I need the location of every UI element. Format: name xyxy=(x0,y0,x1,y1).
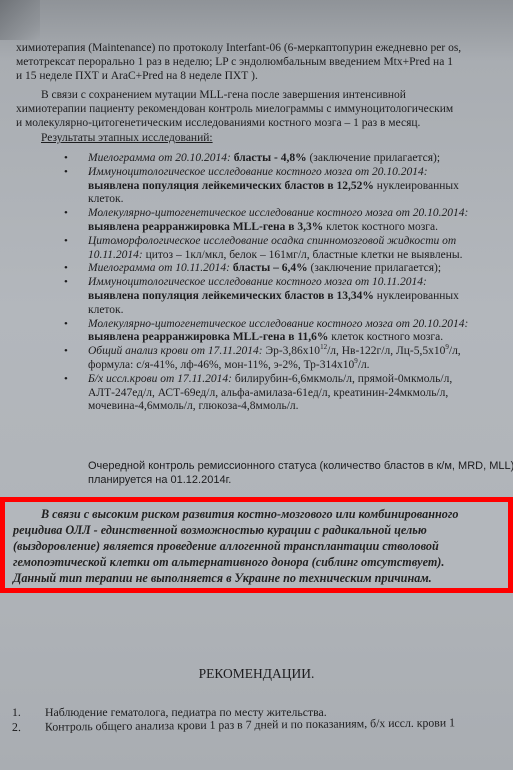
mutation-line-1: В связи с сохранением мутации MLL-гена п… xyxy=(41,88,406,102)
biochem-line-2: АЛТ-247ед/л, АСТ-69ед/л, альфа-амилаза-6… xyxy=(88,387,448,399)
blood-er-exp: 12 xyxy=(320,343,327,351)
result-note: (заключение прилагается); xyxy=(308,262,441,274)
result-value: бласты – 6,4% xyxy=(230,262,308,274)
result-note: клеток костного мозга. xyxy=(328,331,443,343)
mutation-line-2: химиотерапии пациенту рекомендован контр… xyxy=(16,102,453,116)
blood-er: Эр-3,86x10 xyxy=(263,345,320,357)
result-value: выявлена реарранжировка MLL-гена в 3,3% xyxy=(88,221,323,233)
intro-line-1: химиотерапия (Maintenance) по протоколу … xyxy=(16,41,461,55)
result-note: цитоз – 1кл/мкл, белок – 161мг/л, бластн… xyxy=(143,249,463,261)
result-label: Молекулярно-цитогенетическое исследовани… xyxy=(88,207,468,219)
blood-label: Общий анализ крови от 17.11.2014: xyxy=(88,345,263,357)
results-heading-text: Результаты этапных исследований: xyxy=(41,132,213,144)
result-value: выявлена реарранжировка MLL-гена в 11,6% xyxy=(88,331,328,343)
result-item: Цитоморфологическое исследование осадка … xyxy=(60,235,508,263)
biochem-line-1: билирубин-6,6мкмоль/л, прямой-0мкмоль/л, xyxy=(232,373,452,385)
intro-line-3: и 15 неделе ПХТ и AraC+Pred на 8 неделе … xyxy=(16,69,258,83)
result-value: выявлена популяция лейкемических бластов… xyxy=(88,180,374,192)
next-control-line-2: планируется на 01.12.2014г. xyxy=(88,473,231,487)
result-note: клеток костного мозга. xyxy=(323,221,438,233)
highlight-line-4: гемопоэтической клетки от альтернативног… xyxy=(13,554,503,570)
highlight-line-2: рецидива ОЛЛ - единственной возможностью… xyxy=(13,522,503,538)
document-page: химиотерапия (Maintenance) по протоколу … xyxy=(0,0,513,770)
result-value: выявлена популяция лейкемических бластов… xyxy=(88,290,374,302)
result-item: Молекулярно-цитогенетическое исследовани… xyxy=(60,207,508,235)
highlight-line-5: Данный тип терапии не выполняется в Укра… xyxy=(13,570,503,586)
highlight-box: В связи с высоким риском развития костно… xyxy=(0,497,513,593)
blood-hb-lc: /л, Нв-122г/л, Лц-5,5x10 xyxy=(327,345,445,357)
result-item: Миелограмма от 20.10.2014: бласты - 4,8%… xyxy=(60,152,510,166)
result-value: бласты - 4,8% xyxy=(231,152,307,164)
result-label: Молекулярно-цитогенетическое исследовани… xyxy=(88,318,468,330)
intro-line-2: метотрексат перорально 1 раз в неделю; L… xyxy=(16,55,453,69)
result-item: Миелограмма от 10.11.2014: бласты – 6,4%… xyxy=(60,262,510,276)
highlight-text: В связи с высоким риском развития костно… xyxy=(13,506,503,586)
result-note: (заключение прилагается); xyxy=(307,152,440,164)
result-label: Миелограмма от 20.10.2014: xyxy=(88,152,231,164)
mutation-line-3: и молекулярно-цитогенетическим исследова… xyxy=(16,116,420,130)
recommendation-number: 1. xyxy=(12,705,45,719)
recommendation-text: Контроль общего анализа крови 1 раз в 7 … xyxy=(45,715,455,733)
next-control-line-1: Очередной контроль ремиссионного статуса… xyxy=(88,459,513,473)
blood-test-item: Общий анализ крови от 17.11.2014: Эр-3,8… xyxy=(60,345,510,373)
biochem-label: Б/х иссл.крови от 17.11.2014: xyxy=(88,373,232,385)
blood-formula: формула: с/я-41%, лф-46%, мон-11%, э-2%,… xyxy=(88,359,354,371)
results-list: Миелограмма от 20.10.2014: бласты - 4,8%… xyxy=(60,152,510,414)
result-item: Иммуноцитологическое исследование костно… xyxy=(60,276,488,317)
result-item: Иммуноцитологическое исследование костно… xyxy=(60,166,488,207)
recommendations-title: РЕКОМЕНДАЦИИ. xyxy=(0,666,513,682)
result-label: Миелограмма от 10.11.2014: xyxy=(88,262,230,274)
result-label: Иммуноцитологическое исследование костно… xyxy=(88,276,427,288)
result-label: Иммуноцитологическое исследование костно… xyxy=(88,166,428,178)
blood-end: /л, xyxy=(449,345,461,357)
biochem-item: Б/х иссл.крови от 17.11.2014: билирубин-… xyxy=(60,373,510,414)
recommendation-number: 2. xyxy=(12,720,45,734)
highlight-line-1: В связи с высоким риском развития костно… xyxy=(13,506,503,522)
results-heading: Результаты этапных исследований: xyxy=(41,131,213,145)
biochem-line-3: мочевина-4,6ммоль/л, глюкоза-4,8ммоль/л. xyxy=(88,400,299,412)
result-item: Молекулярно-цитогенетическое исследовани… xyxy=(60,318,508,346)
blood-formula-end: /л. xyxy=(358,359,370,371)
highlight-line-3: (выздоровление) является проведение алло… xyxy=(13,538,503,554)
